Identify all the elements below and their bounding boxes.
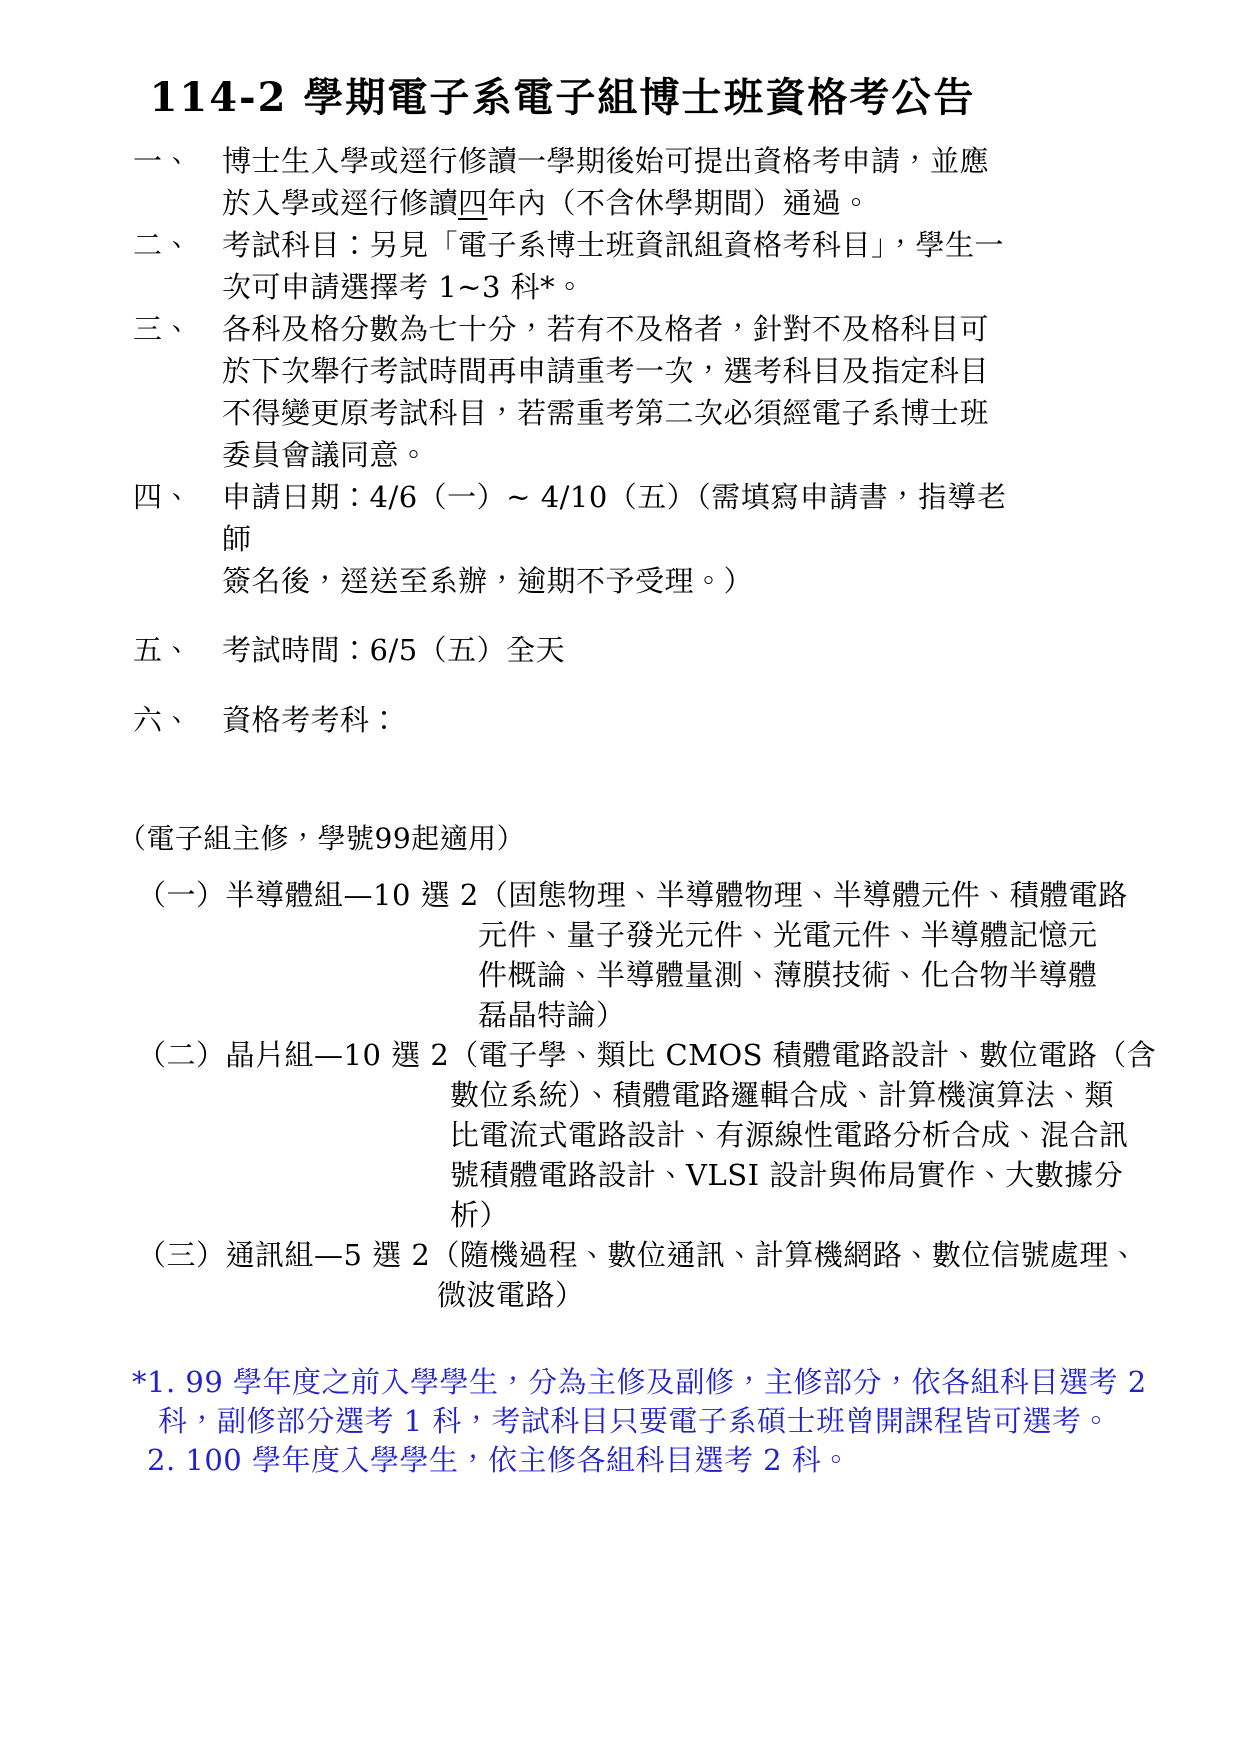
list-item-body: 申請日期：4/6（一）~ 4/10（五）（需填寫申請書，指導老師 簽名後，逕送至…: [222, 476, 1012, 602]
text-line: 次可申請選擇考 1~3 科*。: [222, 266, 1012, 308]
list-item-6: 六、 資格考考科：: [0, 699, 1241, 741]
list-item-4: 四、 申請日期：4/6（一）~ 4/10（五）（需填寫申請書，指導老師 簽名後，…: [0, 476, 1241, 602]
page-title: 114-2 學期電子系電子組博士班資格考公告: [133, 0, 992, 122]
text-line: 博士生入學或逕行修讀一學期後始可提出資格考申請，並應: [222, 140, 1012, 182]
text-line: 數位系統）、積體電路邏輯合成、計算機演算法、類: [450, 1075, 1241, 1115]
numbered-list: 一、 博士生入學或逕行修讀一學期後始可提出資格考申請，並應 於入學或逕行修讀四年…: [0, 140, 1241, 741]
text-line: 微波電路）: [437, 1275, 1241, 1315]
list-item-number: 三、: [133, 308, 222, 476]
text-line: 資格考考科：: [222, 699, 1012, 741]
text-line: 於下次舉行考試時間再申請重考一次，選考科目及指定科目: [222, 350, 1012, 392]
text-line: 委員會議同意。: [222, 434, 1012, 476]
text-line: 考試科目：另見「電子系博士班資訊組資格考科目」，學生一: [222, 224, 1012, 266]
text-segment: 於入學或逕行修讀: [222, 186, 458, 220]
list-item-2: 二、 考試科目：另見「電子系博士班資訊組資格考科目」，學生一 次可申請選擇考 1…: [0, 224, 1241, 308]
text-line: 磊晶特論）: [478, 995, 1241, 1035]
text-line: （二）晶片組—10 選 2（電子學、類比 CMOS 積體電路設計、數位電路（含: [137, 1035, 1241, 1075]
subject-group-chip: （二）晶片組—10 選 2（電子學、類比 CMOS 積體電路設計、數位電路（含 …: [0, 1035, 1241, 1235]
text-line: 元件、量子發光元件、光電元件、半導體記憶元: [478, 915, 1241, 955]
list-item-1: 一、 博士生入學或逕行修讀一學期後始可提出資格考申請，並應 於入學或逕行修讀四年…: [0, 140, 1241, 224]
subject-group-semiconductor: （一）半導體組—10 選 2（固態物理、半導體物理、半導體元件、積體電路 元件、…: [0, 875, 1241, 1035]
text-line: 析）: [450, 1195, 1241, 1235]
list-item-number: 六、: [133, 699, 222, 741]
text-line: 件概論、半導體量測、薄膜技術、化合物半導體: [478, 955, 1241, 995]
footnote-block: *1. 99 學年度之前入學學生，分為主修及副修，主修部分，依各組科目選考 2 …: [0, 1363, 1241, 1480]
text-line: 於入學或逕行修讀四年內（不含休學期間）通過。: [222, 182, 1012, 224]
footnote-line: *1. 99 學年度之前入學學生，分為主修及副修，主修部分，依各組科目選考 2: [132, 1363, 1241, 1402]
text-line: （一）半導體組—10 選 2（固態物理、半導體物理、半導體元件、積體電路: [137, 875, 1241, 915]
subject-group-communication: （三）通訊組—5 選 2（隨機過程、數位通訊、計算機網路、數位信號處理、 微波電…: [0, 1235, 1241, 1315]
text-line: 考試時間：6/5（五）全天: [222, 629, 1012, 671]
scope-note: （電子組主修，學號99起適用）: [118, 819, 1241, 859]
text-segment: 年內（不含休學期間）通過。: [488, 186, 872, 220]
text-line: 各科及格分數為七十分，若有不及格者，針對不及格科目可: [222, 308, 1012, 350]
list-item-5: 五、 考試時間：6/5（五）全天: [0, 629, 1241, 671]
text-line: 不得變更原考試科目，若需重考第二次必須經電子系博士班: [222, 392, 1012, 434]
list-item-number: 二、: [133, 224, 222, 308]
text-line: 簽名後，逕送至系辦，逾期不予受理。）: [222, 560, 1012, 602]
list-item-3: 三、 各科及格分數為七十分，若有不及格者，針對不及格科目可 於下次舉行考試時間再…: [0, 308, 1241, 476]
underlined-text: 四: [458, 186, 488, 220]
list-item-body: 各科及格分數為七十分，若有不及格者，針對不及格科目可 於下次舉行考試時間再申請重…: [222, 308, 1012, 476]
footnote-line: 科，副修部分選考 1 科，考試科目只要電子系碩士班曾開課程皆可選考。: [158, 1402, 1241, 1441]
text-line: 號積體電路設計、VLSI 設計與佈局實作、大數據分: [450, 1155, 1241, 1195]
list-item-number: 一、: [133, 140, 222, 224]
list-item-number: 四、: [133, 476, 222, 602]
exam-groups: （一）半導體組—10 選 2（固態物理、半導體物理、半導體元件、積體電路 元件、…: [0, 875, 1241, 1315]
list-item-body: 考試時間：6/5（五）全天: [222, 629, 1012, 671]
list-item-number: 五、: [133, 629, 222, 671]
list-item-body: 考試科目：另見「電子系博士班資訊組資格考科目」，學生一 次可申請選擇考 1~3 …: [222, 224, 1012, 308]
list-item-body: 資格考考科：: [222, 699, 1012, 741]
list-item-body: 博士生入學或逕行修讀一學期後始可提出資格考申請，並應 於入學或逕行修讀四年內（不…: [222, 140, 1012, 224]
document-page: 114-2 學期電子系電子組博士班資格考公告 一、 博士生入學或逕行修讀一學期後…: [0, 0, 1241, 1755]
text-line: 比電流式電路設計、有源線性電路分析合成、混合訊: [450, 1115, 1241, 1155]
text-line: （三）通訊組—5 選 2（隨機過程、數位通訊、計算機網路、數位信號處理、: [137, 1235, 1241, 1275]
text-line: 申請日期：4/6（一）~ 4/10（五）（需填寫申請書，指導老師: [222, 476, 1012, 560]
footnote-line: 2. 100 學年度入學學生，依主修各組科目選考 2 科。: [147, 1441, 1241, 1480]
